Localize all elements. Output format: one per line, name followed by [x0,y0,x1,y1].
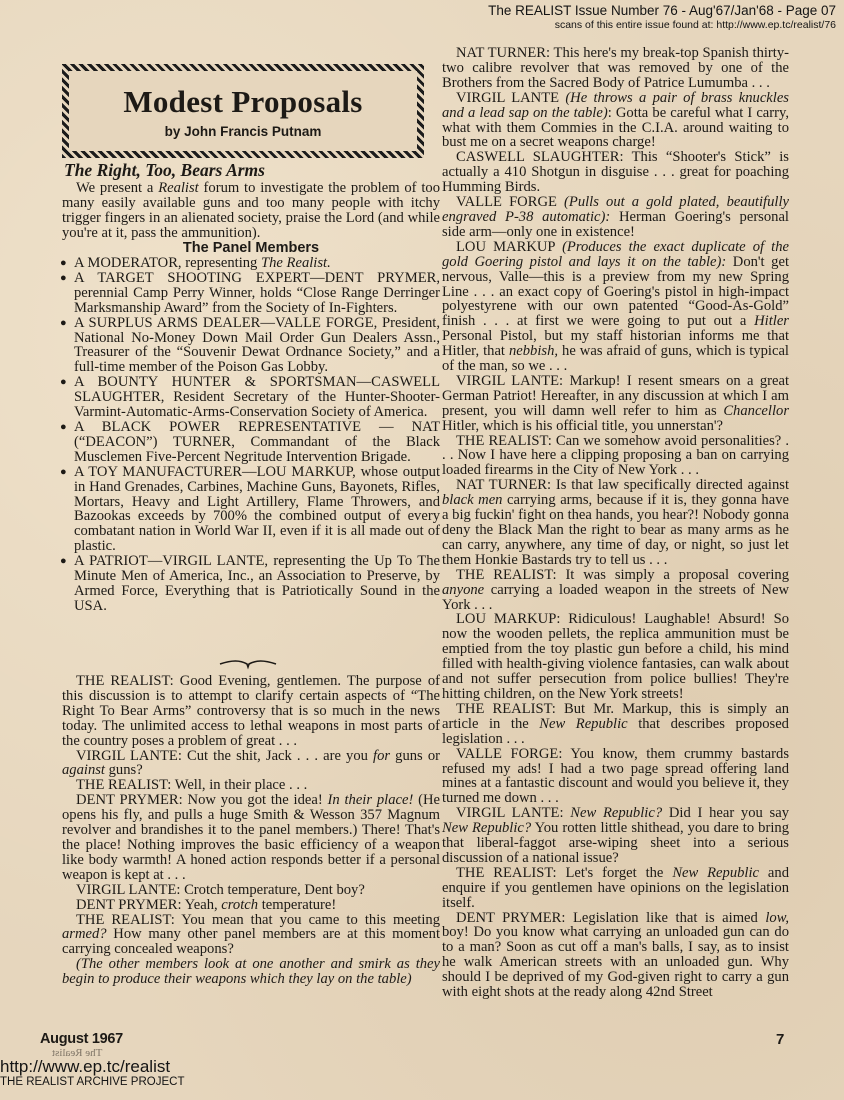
dialogue-paragraph: (The other members look at one another a… [62,957,440,987]
issue-date: August 1967 [40,1031,123,1047]
dialogue-paragraph: THE REALIST: It was simply a proposal co… [442,568,789,613]
dialogue-paragraph: DENT PRYMER: Yeah, crotch temperature! [62,898,440,913]
dialogue-right-column: NAT TURNER: This here's my break-top Spa… [442,46,789,1000]
dialogue-paragraph: THE REALIST: Good Evening, gentlemen. Th… [62,674,440,749]
panel-member-item: A TOY MANUFACTURER—LOU MARKUP, whose out… [62,465,440,554]
dialogue-paragraph: CASWELL SLAUGHTER: This “Shooter's Stick… [442,150,789,195]
dialogue-paragraph: VIRGIL LANTE: New Republic? Did I hear y… [442,806,789,866]
section-divider-flourish [218,658,278,670]
scan-header: The REALIST Issue Number 76 - Aug'67/Jan… [488,3,836,31]
article-byline: by John Francis Putnam [69,124,417,139]
archive-url-link[interactable]: http://www.ep.tc/realist [0,1057,170,1077]
dialogue-paragraph: THE REALIST: Can we somehow avoid person… [442,434,789,479]
issue-info: The REALIST Issue Number 76 - Aug'67/Jan… [488,3,836,19]
dialogue-paragraph: VIRGIL LANTE: Cut the shit, Jack . . . a… [62,749,440,779]
archive-project-name: THE REALIST ARCHIVE PROJECT [0,1076,184,1088]
panel-member-item: A PATRIOT—VIRGIL LANTE, representing the… [62,554,440,614]
panel-member-item: A BLACK POWER REPRESENTATIVE — NAT (“DEA… [62,420,440,465]
intro-text: We present a Realist forum to investigat… [62,181,440,241]
page-number: 7 [776,1031,784,1048]
dialogue-paragraph: VALLE FORGE (Pulls out a gold plated, be… [442,195,789,240]
dialogue-paragraph: VIRGIL LANTE: Crotch temperature, Dent b… [62,883,440,898]
article-subhead: The Right, Too, Bears Arms [64,160,265,181]
dialogue-paragraph: DENT PRYMER: Legislation like that is ai… [442,911,789,1000]
scan-source-note: scans of this entire issue found at: htt… [488,19,836,31]
dialogue-left-column: THE REALIST: Good Evening, gentlemen. Th… [62,674,440,987]
dialogue-paragraph: VIRGIL LANTE (He throws a pair of brass … [442,91,789,151]
dialogue-paragraph: THE REALIST: But Mr. Markup, this is sim… [442,702,789,747]
panel-member-item: A TARGET SHOOTING EXPERT—DENT PRYMER, pe… [62,271,440,316]
dialogue-paragraph: NAT TURNER: Is that law specifically dir… [442,478,789,567]
intro-paragraph: We present a Realist forum to investigat… [62,181,440,241]
dialogue-paragraph: LOU MARKUP (Produces the exact duplicate… [442,240,789,374]
dialogue-paragraph: LOU MARKUP: Ridiculous! Laughable! Absur… [442,612,789,701]
article-title: Modest Proposals [69,84,417,120]
panel-members-heading: The Panel Members [62,240,440,256]
title-box: Modest Proposals by John Francis Putnam [62,64,424,158]
panel-member-item: A MODERATOR, representing The Realist. [62,256,440,271]
dialogue-paragraph: DENT PRYMER: Now you got the idea! In th… [62,793,440,882]
dialogue-paragraph: VALLE FORGE: You know, them crummy basta… [442,747,789,807]
dialogue-paragraph: THE REALIST: You mean that you came to t… [62,913,440,958]
panel-member-item: A BOUNTY HUNTER & SPORTSMAN—CASWELL SLAU… [62,375,440,420]
panel-members-list: A MODERATOR, representing The Realist.A … [62,256,440,614]
dialogue-paragraph: THE REALIST: Let's forget the New Republ… [442,866,789,911]
dialogue-paragraph: VIRGIL LANTE: Markup! I resent smears on… [442,374,789,434]
dialogue-paragraph: NAT TURNER: This here's my break-top Spa… [442,46,789,91]
panel-member-item: A SURPLUS ARMS DEALER—VALLE FORGE, Presi… [62,316,440,376]
dialogue-paragraph: THE REALIST: Well, in their place . . . [62,778,440,793]
